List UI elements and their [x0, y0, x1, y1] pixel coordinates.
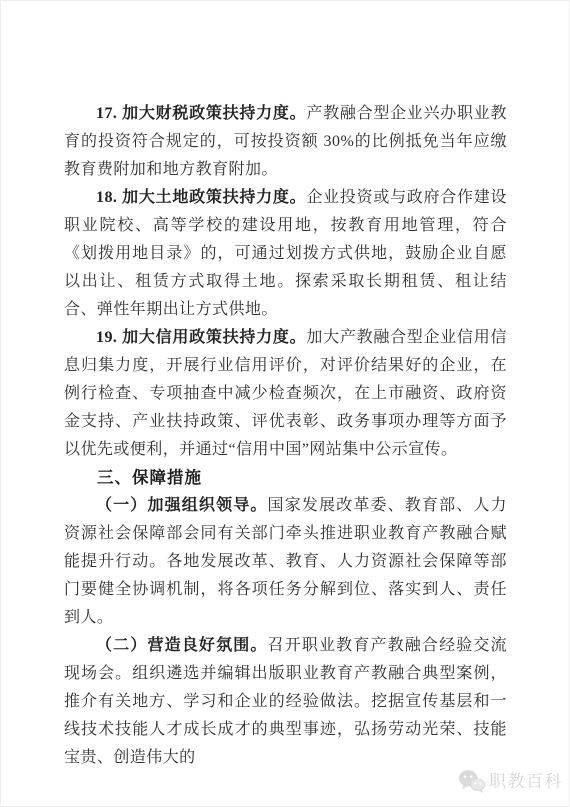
numbered-paragraph-18: 18. 加大土地政策扶持力度。企业投资或与政府合作建设职业院校、高等学校的建设用… — [64, 184, 507, 324]
numbered-paragraph-19: 19. 加大信用政策扶持力度。加大产教融合型企业信用信息归集力度，开展行业信用评… — [64, 324, 507, 464]
paragraph-lead: 17. 加大财税政策扶持力度。 — [96, 105, 306, 122]
paragraph-text: 企业投资或与政府合作建设职业院校、高等学校的建设用地，按教育用地管理，符合《划拨… — [64, 189, 507, 318]
watermark: 职教百科 — [458, 769, 563, 794]
page: { "document": { "paragraphs": [ { "lead"… — [0, 0, 570, 807]
watermark-label: 职教百科 — [489, 773, 563, 790]
numbered-paragraph-17: 17. 加大财税政策扶持力度。产教融合型企业兴办职业教育的投资符合规定的，可按投… — [64, 100, 507, 184]
paragraph-text: 加大产教融合型企业信用信息归集力度，开展行业信用评价，对评价结果好的企业，在例行… — [64, 329, 507, 458]
paragraph-lead: （二）营造良好氛围。 — [96, 637, 268, 654]
section-heading: 三、保障措施 — [64, 464, 507, 492]
paragraph-text: 召开职业教育产教融合经验交流现场会。组织遴选并编辑出版职业教育产教融合典型案例，… — [64, 637, 507, 766]
wechat-icon — [458, 769, 486, 794]
document-body: 17. 加大财税政策扶持力度。产教融合型企业兴办职业教育的投资符合规定的，可按投… — [64, 100, 507, 772]
paragraph-lead: 18. 加大土地政策扶持力度。 — [96, 189, 306, 206]
sub-paragraph-1: （一）加强组织领导。国家发展改革委、教育部、人力资源社会保障部会同有关部门牵头推… — [64, 492, 507, 632]
paragraph-lead: 19. 加大信用政策扶持力度。 — [96, 329, 306, 346]
paragraph-text: 国家发展改革委、教育部、人力资源社会保障部会同有关部门牵头推进职业教育产教融合赋… — [64, 497, 507, 626]
paragraph-lead: （一）加强组织领导。 — [96, 497, 268, 514]
sub-paragraph-2: （二）营造良好氛围。召开职业教育产教融合经验交流现场会。组织遴选并编辑出版职业教… — [64, 632, 507, 772]
